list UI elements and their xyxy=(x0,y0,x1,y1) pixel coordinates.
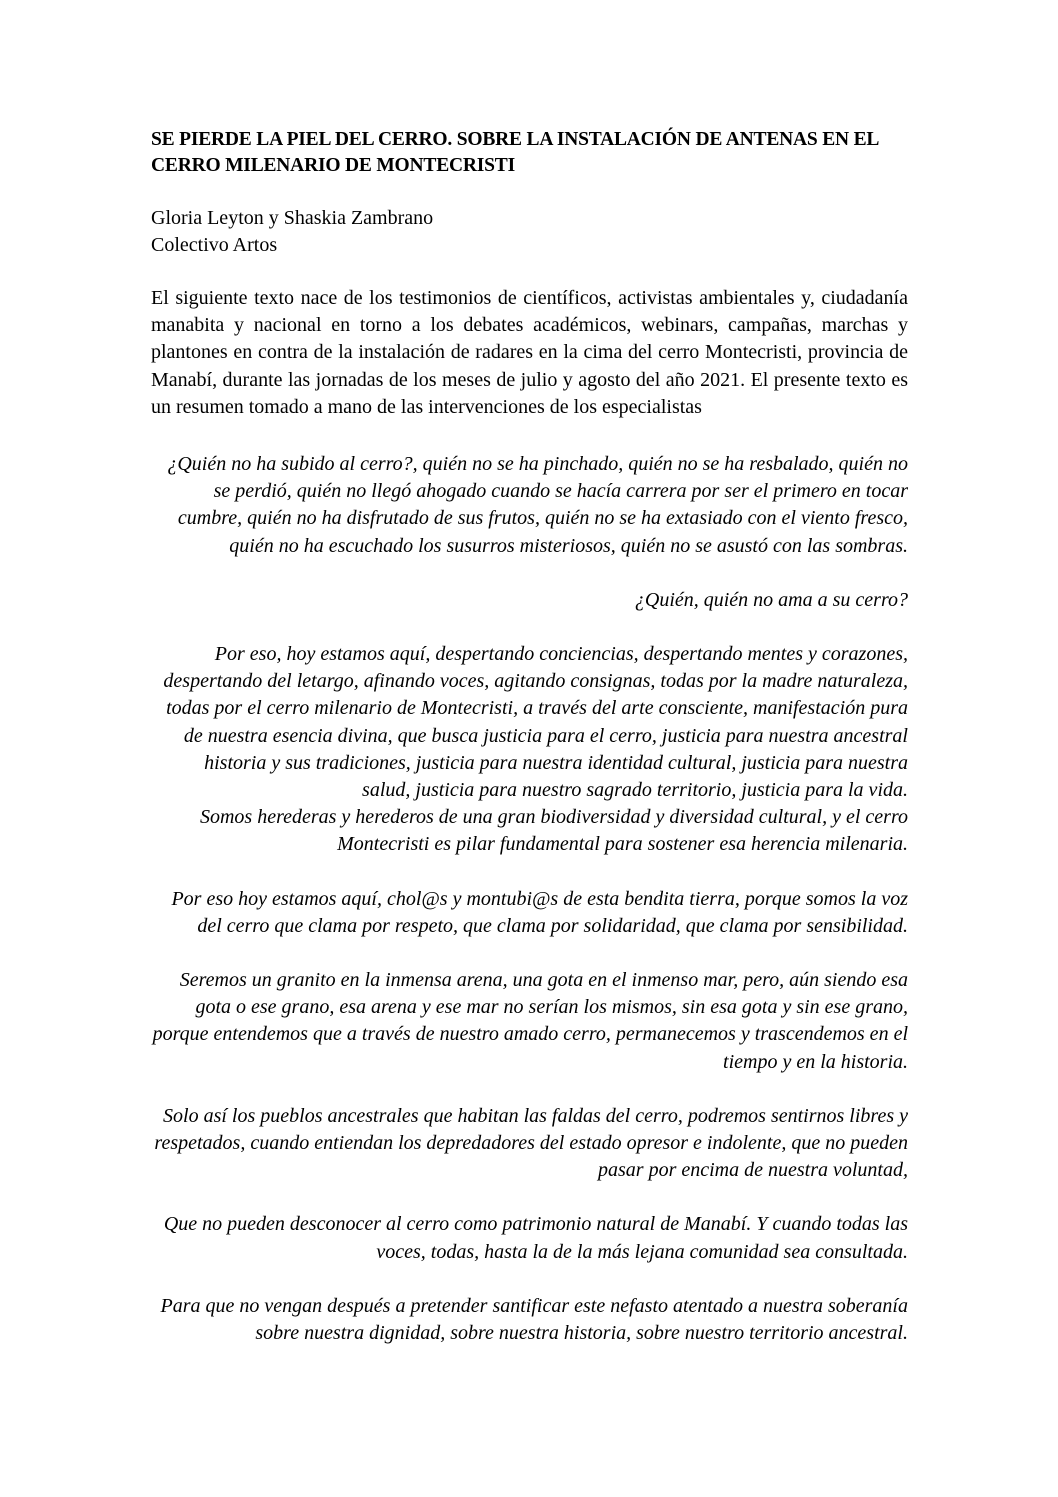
document-title: SE PIERDE LA PIEL DEL CERRO. SOBRE LA IN… xyxy=(151,127,908,179)
stanza-quien-no-ha-subido: ¿Quién no ha subido al cerro?, quién no … xyxy=(151,451,908,560)
spacer xyxy=(151,1266,908,1293)
spacer xyxy=(151,859,908,886)
stanza-para-que-no-vengan: Para que no vengan después a pretender s… xyxy=(151,1293,908,1347)
spacer xyxy=(151,560,908,587)
stanza-cholos-montubios: Por eso hoy estamos aquí, chol@s y montu… xyxy=(151,886,908,940)
stanza-que-no-pueden: Que no pueden desconocer al cerro como p… xyxy=(151,1211,908,1265)
stanza-por-eso-hoy: Por eso, hoy estamos aquí, despertando c… xyxy=(151,641,908,804)
stanza-quien-no-ama: ¿Quién, quién no ama a su cerro? xyxy=(151,587,908,614)
spacer xyxy=(151,940,908,967)
spacer xyxy=(151,1076,908,1103)
stanza-solo-asi: Solo así los pueblos ancestrales que hab… xyxy=(151,1103,908,1185)
stanza-seremos-un-granito: Seremos un granito en la inmensa arena, … xyxy=(151,967,908,1076)
intro-paragraph: El siguiente texto nace de los testimoni… xyxy=(151,285,908,421)
spacer xyxy=(151,614,908,641)
byline: Gloria Leyton y Shaskia Zambrano Colecti… xyxy=(151,205,908,259)
document-page: SE PIERDE LA PIEL DEL CERRO. SOBRE LA IN… xyxy=(151,127,908,1347)
stanza-somos-herederas: Somos herederas y herederos de una gran … xyxy=(151,804,908,858)
authors: Gloria Leyton y Shaskia Zambrano xyxy=(151,205,908,232)
spacer xyxy=(151,1184,908,1211)
affiliation: Colectivo Artos xyxy=(151,232,908,259)
